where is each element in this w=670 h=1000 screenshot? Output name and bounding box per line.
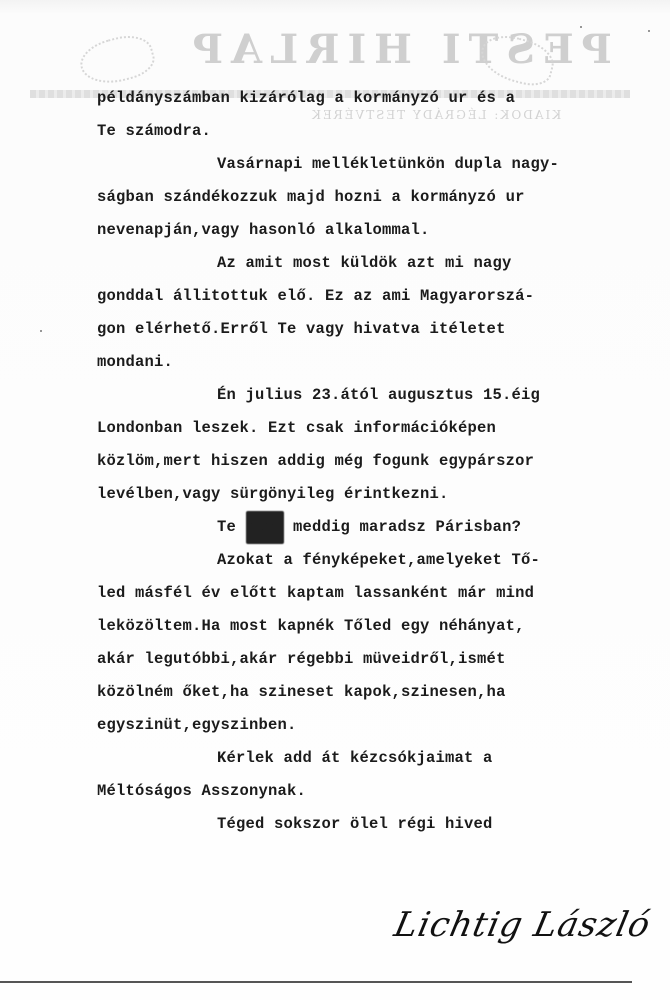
struck-out-word: most — [246, 511, 284, 544]
letter-line: közölném őket,ha szineset kapok,szinesen… — [97, 676, 617, 709]
letter-line: Londonban leszek. Ezt csak információkép… — [97, 412, 617, 445]
letter-page: PESTI HIRLAP KIADOK: LÉGRÁDY TESTVÉREK p… — [0, 0, 670, 1000]
signature-text: Lichtig László — [391, 905, 655, 945]
letter-line: Méltóságos Asszonynak. — [97, 775, 617, 808]
line-text: közlöm,mert hiszen addig még fogunk egyp… — [97, 452, 534, 470]
line-text: gon elérhető.Erről Te vagy hivatva itéle… — [97, 320, 506, 338]
line-text: egyszinüt,egyszinben. — [97, 716, 297, 734]
letter-line: mondani. — [97, 346, 617, 379]
line-text: nevenapján,vagy hasonló alkalommal. — [97, 221, 430, 239]
letter-line: közlöm,mert hiszen addig még fogunk egyp… — [97, 445, 617, 478]
ink-speck — [580, 26, 582, 28]
letter-line: leközöltem.Ha most kapnék Tőled egy néhá… — [97, 610, 617, 643]
line-text: meddig maradsz Párisban? — [284, 518, 522, 536]
letter-body: példányszámban kizárólag a kormányzó ur … — [97, 82, 617, 841]
bottom-rule — [0, 981, 632, 983]
line-text: Londonban leszek. Ezt csak információkép… — [97, 419, 496, 437]
letter-line: gon elérhető.Erről Te vagy hivatva itéle… — [97, 313, 617, 346]
line-text: Te — [217, 518, 246, 536]
letter-line: egyszinüt,egyszinben. — [97, 709, 617, 742]
letter-line: nevenapján,vagy hasonló alkalommal. — [97, 214, 617, 247]
line-text: akár legutóbbi,akár régebbi müveidről,is… — [97, 650, 506, 668]
line-text: ságban szándékozzuk majd hozni a kormány… — [97, 188, 525, 206]
letter-line: gonddal állitottuk elő. Ez az ami Magyar… — [97, 280, 617, 313]
letter-line: Én julius 23.ától augusztus 15.éig — [97, 379, 617, 412]
letter-line: Téged sokszor ölel régi hived — [97, 808, 617, 841]
line-text: Azokat a fényképeket,amelyeket Tő- — [217, 551, 540, 569]
line-text: led másfél év előtt kaptam lassanként má… — [97, 584, 534, 602]
line-text: mondani. — [97, 353, 173, 371]
letter-line: akár legutóbbi,akár régebbi müveidről,is… — [97, 643, 617, 676]
letter-line: Te most meddig maradsz Párisban? — [97, 511, 617, 544]
letter-line: Azokat a fényképeket,amelyeket Tő- — [97, 544, 617, 577]
line-text: közölném őket,ha szineset kapok,szinesen… — [97, 683, 506, 701]
letter-line: példányszámban kizárólag a kormányzó ur … — [97, 82, 617, 115]
line-text: Kérlek add át kézcsókjaimat a — [217, 749, 493, 767]
line-text: Méltóságos Asszonynak. — [97, 782, 306, 800]
line-text: levélben,vagy sürgönyileg érintkezni. — [97, 485, 449, 503]
letter-line: Kérlek add át kézcsókjaimat a — [97, 742, 617, 775]
letter-line: Vasárnapi mellékletünkön dupla nagy- — [97, 148, 617, 181]
ink-speck — [648, 30, 650, 32]
line-text: Az amit most küldök azt mi nagy — [217, 254, 512, 272]
letter-line: ságban szándékozzuk majd hozni a kormány… — [97, 181, 617, 214]
line-text: Vasárnapi mellékletünkön dupla nagy- — [217, 155, 559, 173]
line-text: gonddal állitottuk elő. Ez az ami Magyar… — [97, 287, 534, 305]
line-text: leközöltem.Ha most kapnék Tőled egy néhá… — [97, 617, 525, 635]
letter-line: Te számodra. — [97, 115, 617, 148]
ink-speck — [40, 330, 42, 332]
letter-line: Az amit most küldök azt mi nagy — [97, 247, 617, 280]
line-text: példányszámban kizárólag a kormányzó ur … — [97, 89, 515, 107]
line-text: Én julius 23.ától augusztus 15.éig — [217, 386, 540, 404]
line-text: Téged sokszor ölel régi hived — [217, 815, 493, 833]
letter-line: levélben,vagy sürgönyileg érintkezni. — [97, 478, 617, 511]
letter-line: led másfél év előtt kaptam lassanként má… — [97, 577, 617, 610]
line-text: Te számodra. — [97, 122, 211, 140]
signature: Lichtig László — [395, 905, 625, 975]
